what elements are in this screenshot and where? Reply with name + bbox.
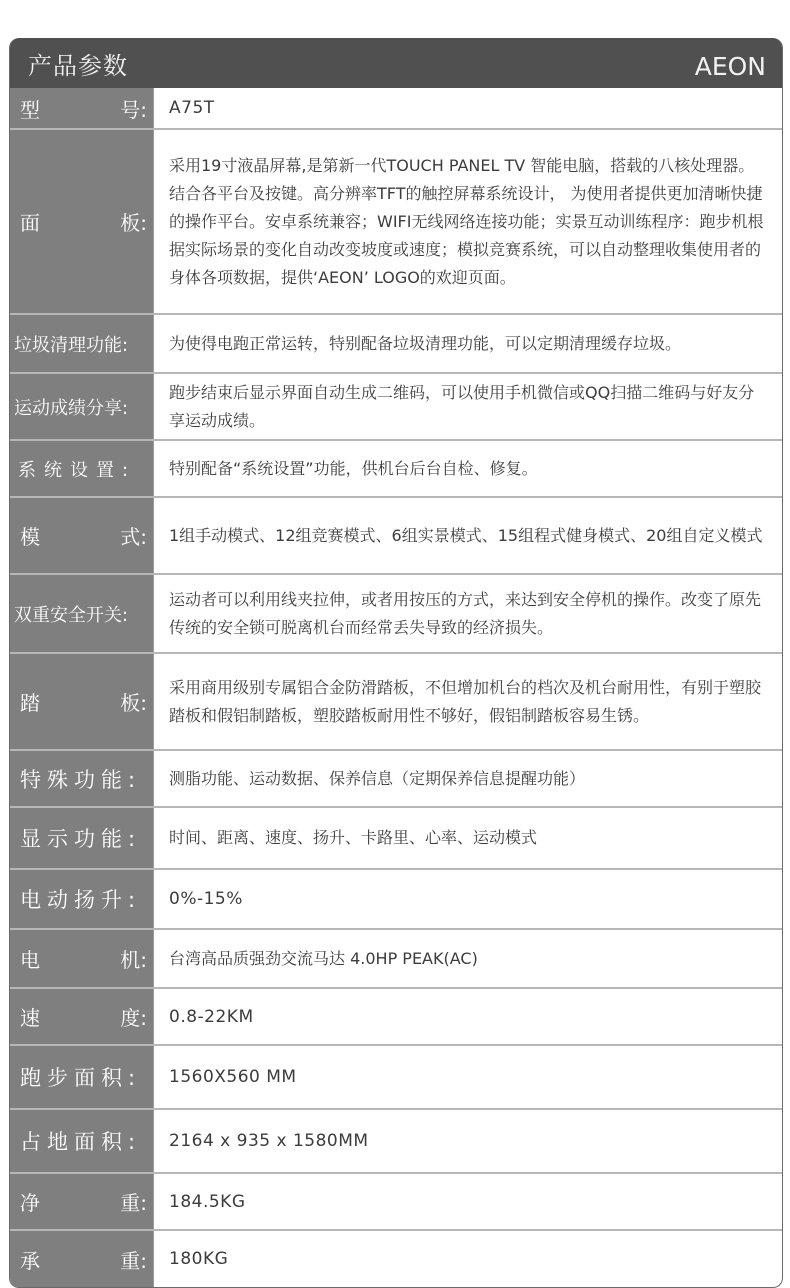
spec-label: 占地面积: <box>10 1110 153 1172</box>
spec-row-share: 运动成绩分享: 跑步结束后显示界面自动生成二维码，可以使用手机微信或QQ扫描二维… <box>10 372 782 439</box>
spec-row-deck: 踏板: 采用商用级别专属铝合金防滑踏板，不但增加机台的档次及机台耐用性，有别于塑… <box>10 652 782 749</box>
spec-label: 踏板: <box>10 654 153 749</box>
spec-row-model: 型号: A75T <box>10 88 782 128</box>
spec-value: 运动者可以利用线夹拉伸，或者用按压的方式，来达到安全停机的操作。改变了原先传统的… <box>153 575 782 652</box>
spec-row-cleanup: 垃圾清理功能: 为使得电跑正常运转，特别配备垃圾清理功能，可以定期清理缓存垃圾。 <box>10 313 782 372</box>
spec-label: 跑步面积: <box>10 1046 153 1108</box>
spec-row-max-load: 承重: 180KG <box>10 1229 782 1287</box>
spec-value: 采用19寸液晶屏幕,是第新一代TOUCH PANEL TV 智能电脑，搭载的八核… <box>153 130 782 313</box>
spec-label: 模式: <box>10 498 153 573</box>
spec-label: 运动成绩分享: <box>10 374 153 439</box>
spec-row-footprint: 占地面积: 2164 x 935 x 1580MM <box>10 1108 782 1172</box>
spec-label: 型号: <box>10 88 153 128</box>
spec-value: 1560X560 MM <box>153 1046 782 1108</box>
spec-label: 电动扬升: <box>10 870 153 928</box>
spec-value: A75T <box>153 88 782 128</box>
spec-value: 180KG <box>153 1231 782 1287</box>
spec-row-display: 显示功能: 时间、距离、速度、扬升、卡路里、心率、运动模式 <box>10 806 782 868</box>
spec-label: 速度: <box>10 989 153 1044</box>
spec-value: 台湾高品质强劲交流马达 4.0HP PEAK(AC) <box>153 930 782 987</box>
spec-row-running-area: 跑步面积: 1560X560 MM <box>10 1044 782 1108</box>
spec-value: 测脂功能、运动数据、保养信息（定期保养信息提醒功能） <box>153 751 782 806</box>
spec-value: 184.5KG <box>153 1174 782 1229</box>
spec-row-settings: 系统设置: 特别配备“系统设置”功能，供机台后台自检、修复。 <box>10 439 782 496</box>
spec-row-modes: 模式: 1组手动模式、12组竞赛模式、6组实景模式、15组程式健身模式、20组自… <box>10 496 782 573</box>
spec-label: 双重安全开关: <box>10 575 153 652</box>
spec-value: 2164 x 935 x 1580MM <box>153 1110 782 1172</box>
spec-row-net-weight: 净重: 184.5KG <box>10 1172 782 1229</box>
page-title: 产品参数 <box>28 46 128 81</box>
spec-label: 特殊功能: <box>10 751 153 806</box>
spec-label: 面板: <box>10 130 153 313</box>
spec-label: 系统设置: <box>10 441 153 496</box>
spec-value: 特别配备“系统设置”功能，供机台后台自检、修复。 <box>153 441 782 496</box>
spec-label: 电机: <box>10 930 153 987</box>
spec-label: 净重: <box>10 1174 153 1229</box>
spec-row-speed: 速度: 0.8-22KM <box>10 987 782 1044</box>
spec-card: 产品参数 AEON 型号: A75T 面板: 采用19寸液晶屏幕,是第新一代TO… <box>9 38 783 1288</box>
spec-row-special: 特殊功能: 测脂功能、运动数据、保养信息（定期保养信息提醒功能） <box>10 749 782 806</box>
spec-label: 承重: <box>10 1231 153 1287</box>
spec-header: 产品参数 AEON <box>10 38 782 88</box>
spec-value: 1组手动模式、12组竞赛模式、6组实景模式、15组程式健身模式、20组自定义模式 <box>153 498 782 573</box>
brand-name: AEON <box>695 52 766 81</box>
spec-label: 显示功能: <box>10 808 153 868</box>
spec-value: 0%-15% <box>153 870 782 928</box>
spec-row-safety: 双重安全开关: 运动者可以利用线夹拉伸，或者用按压的方式，来达到安全停机的操作。… <box>10 573 782 652</box>
spec-row-incline: 电动扬升: 0%-15% <box>10 868 782 928</box>
spec-value: 为使得电跑正常运转，特别配备垃圾清理功能，可以定期清理缓存垃圾。 <box>153 315 782 372</box>
spec-value: 0.8-22KM <box>153 989 782 1044</box>
spec-value: 时间、距离、速度、扬升、卡路里、心率、运动模式 <box>153 808 782 868</box>
spec-label: 垃圾清理功能: <box>10 315 153 372</box>
spec-value: 采用商用级别专属铝合金防滑踏板，不但增加机台的档次及机台耐用性，有别于塑胶踏板和… <box>153 654 782 749</box>
spec-row-panel: 面板: 采用19寸液晶屏幕,是第新一代TOUCH PANEL TV 智能电脑，搭… <box>10 128 782 313</box>
spec-value: 跑步结束后显示界面自动生成二维码，可以使用手机微信或QQ扫描二维码与好友分享运动… <box>153 374 782 439</box>
spec-row-motor: 电机: 台湾高品质强劲交流马达 4.0HP PEAK(AC) <box>10 928 782 987</box>
